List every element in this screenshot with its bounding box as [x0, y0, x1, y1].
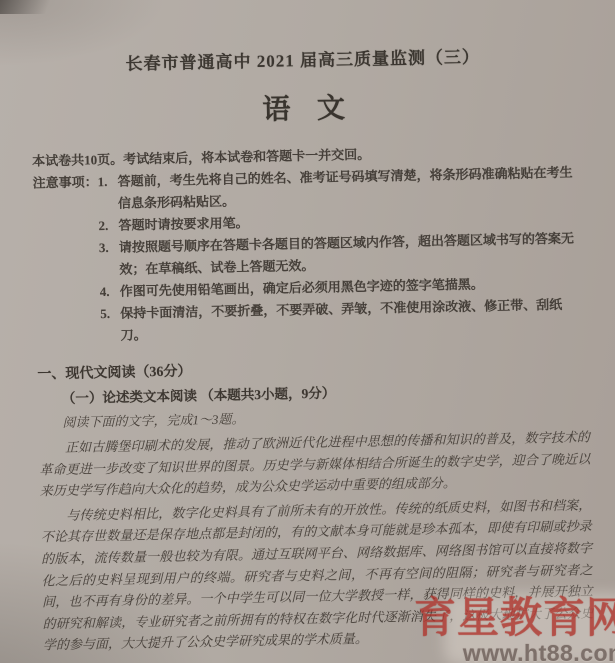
- notice-item-number: 3.: [99, 237, 109, 259]
- notice-item: 5. 保持卡面清洁，不要折叠，不要弄破、弄皱，不准使用涂改液、修正带、刮纸刀。: [100, 293, 586, 347]
- exam-paper-page: 长春市普通高中 2021 届高三质量监测（三） 语文 本试卷共10页。考试结束后…: [0, 0, 615, 663]
- notice-item-text: 请按照题号顺序在答题卡各题目的答题区域内作答，超出答题区域书写的答案无效；在草稿…: [119, 231, 574, 277]
- subject-title: 语文: [0, 81, 611, 133]
- notice-item-text: 保持卡面清洁，不要折叠，不要弄破、弄皱，不准使用涂改液、修正带、刮纸刀。: [120, 297, 562, 343]
- notice-row: 注意事项： 1. 答题前，考生先将自己的姓名、准考证号码填写清楚，将条形码准确粘…: [32, 161, 585, 348]
- notice-item-number: 4.: [100, 281, 110, 303]
- page-title: 长春市普通高中 2021 届高三质量监测（三）: [0, 0, 610, 77]
- notice-item-number: 1.: [97, 171, 107, 193]
- notice-label: 注意事项：: [32, 171, 97, 194]
- notice-item-number: 5.: [100, 303, 110, 325]
- passage-paragraph: 与传统史料相比，数字化史料具有了前所未有的开放性。传统的纸质史料，如图书和档案，…: [40, 494, 594, 656]
- passage-paragraph: 正如古腾堡印刷术的发展，推动了欧洲近代化进程中思想的传播和知识的普及，数字技术的…: [39, 426, 591, 502]
- notice-item-text: 答题时请按要求用笔。: [118, 215, 248, 233]
- notice-list: 1. 答题前，考生先将自己的姓名、准考证号码填写清楚，将条形码准确粘贴在考生信息…: [97, 161, 585, 347]
- exam-notice-block: 本试卷共10页。考试结束后，将本试卷和答题卡一并交回。 注意事项： 1. 答题前…: [32, 139, 586, 348]
- reading-section: 一、现代文阅读（36分） （一）论述类文本阅读 （本题共3小题，9分） 阅读下面…: [1, 352, 615, 657]
- notice-item-text: 答题前，考生先将自己的姓名、准考证号码填写清楚，将条形码准确粘贴在考生信息条形码…: [117, 165, 572, 211]
- notice-item-text: 作图可先使用铅笔画出，确定后必须用黑色字迹的签字笔描黑。: [120, 276, 484, 298]
- notice-item-number: 2.: [98, 215, 108, 237]
